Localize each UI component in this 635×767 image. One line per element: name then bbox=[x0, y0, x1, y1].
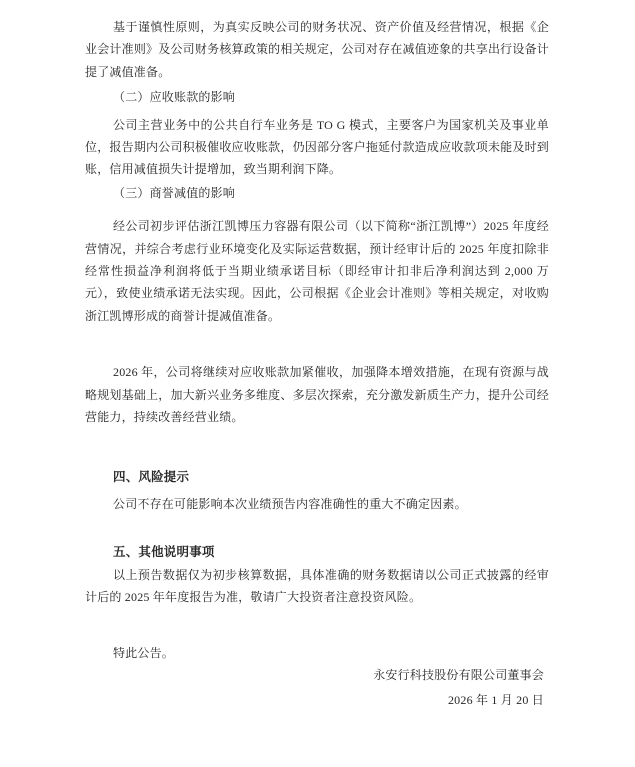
paragraph-2026-outlook: 2026 年，公司将继续对应收账款加紧催收，加强降本增效措施，在现有资源与战略规… bbox=[85, 361, 549, 428]
subheading-goodwill-impact: （三）商誉减值的影响 bbox=[85, 182, 549, 204]
section-heading-other-notes: 五、其他说明事项 bbox=[85, 541, 549, 563]
document-content: 基于谨慎性原则，为真实反映公司的财务状况、资产价值及经营情况，根据《企业会计准则… bbox=[85, 0, 549, 712]
paragraph-risk-notice: 公司不存在可能影响本次业绩预告内容准确性的重大不确定因素。 bbox=[85, 493, 549, 515]
subheading-receivables-impact: （二）应收账款的影响 bbox=[85, 86, 549, 108]
paragraph-impairment-provision: 基于谨慎性原则，为真实反映公司的财务状况、资产价值及经营情况，根据《企业会计准则… bbox=[85, 16, 549, 83]
paragraph-receivables-impact: 公司主营业务中的公共自行车业务是 TO G 模式，主要客户为国家机关及事业单位，… bbox=[85, 114, 549, 181]
paragraph-other-notes: 以上预告数据仅为初步核算数据，具体准确的财务数据请以公司正式披露的经审计后的 2… bbox=[85, 564, 549, 609]
paragraph-closing-statement: 特此公告。 bbox=[85, 642, 549, 664]
signature-date: 2026 年 1 月 20 日 bbox=[85, 689, 549, 711]
document-page: 基于谨慎性原则，为真实反映公司的财务状况、资产价值及经营情况，根据《企业会计准则… bbox=[0, 0, 635, 767]
signature-company-board: 永安行科技股份有限公司董事会 bbox=[85, 664, 549, 686]
paragraph-goodwill-impact: 经公司初步评估浙江凯博压力容器有限公司（以下简称“浙江凯博”）2025 年度经营… bbox=[85, 215, 549, 327]
section-heading-risk-notice: 四、风险提示 bbox=[85, 466, 549, 488]
